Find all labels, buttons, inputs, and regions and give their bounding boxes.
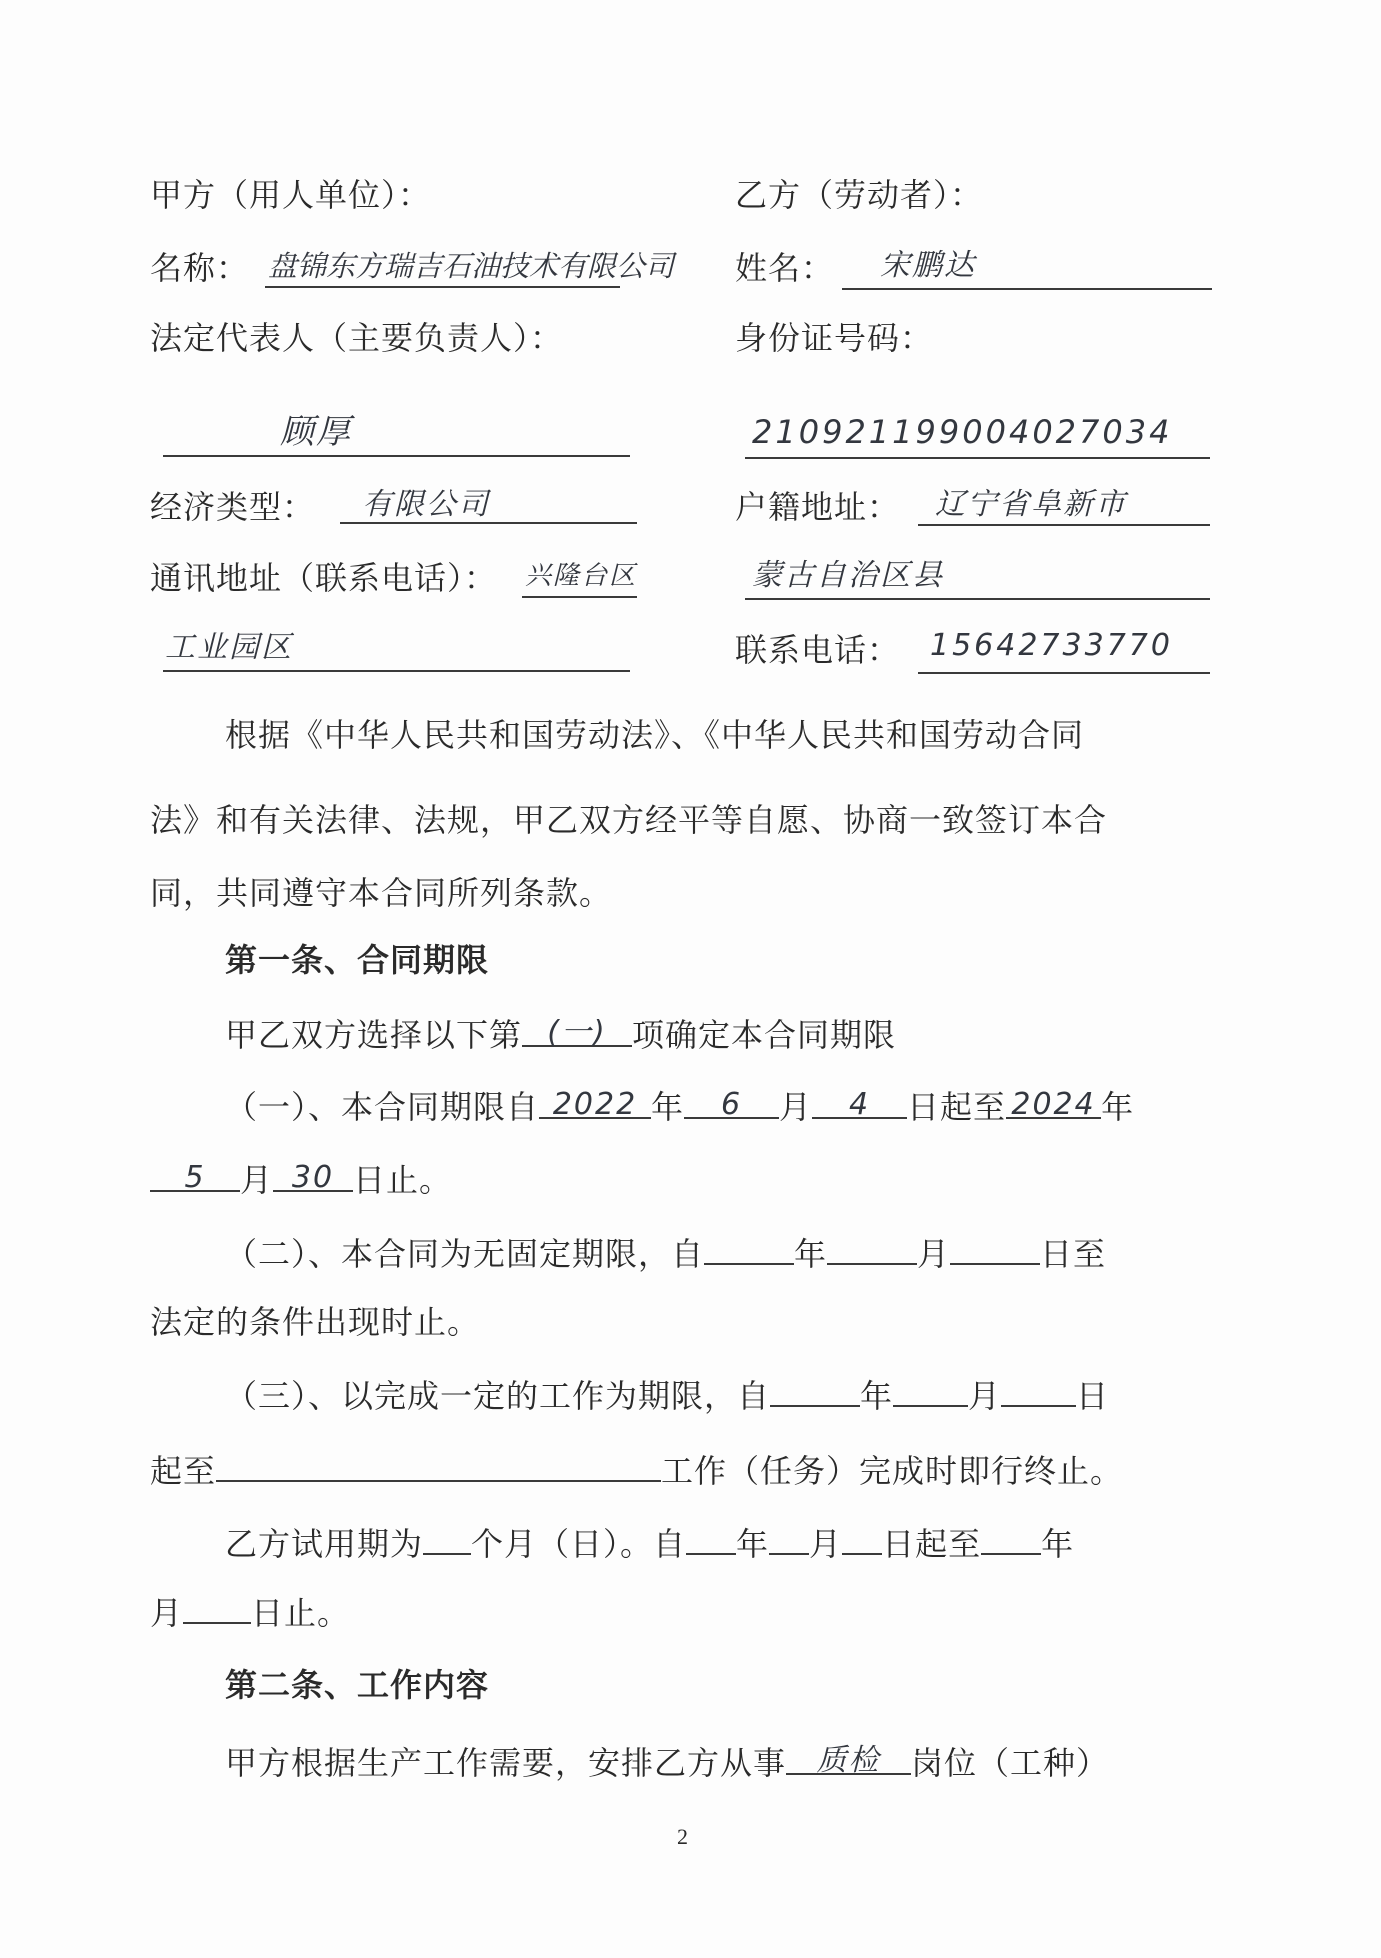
addr-underline-1 [522, 596, 637, 598]
party-a-name-label: 名称： [150, 248, 249, 288]
addr-label: 通讯地址（联系电话）： [150, 558, 497, 598]
party-a-name-underline [265, 286, 620, 288]
phone-value: 15642733770 [930, 626, 1173, 666]
rep-value: 顾厚 [280, 412, 352, 452]
option-3-line2-suffix: 工作（任务）完成时即行终止。 [661, 1452, 1123, 1490]
party-b-name-label: 姓名： [735, 248, 834, 288]
preamble-line-3: 同，共同遵守本合同所列条款。 [150, 873, 612, 913]
hukou-value-1: 辽宁省阜新市 [935, 485, 1127, 525]
party-b-name-underline [842, 288, 1212, 290]
preamble-line-1: 根据《中华人民共和国劳动法》、《中华人民共和国劳动合同 [225, 715, 1084, 755]
id-underline [745, 457, 1210, 459]
option-3-prefix: （三）、以完成一定的工作为期限，自 [225, 1377, 770, 1415]
probation-months-blank [423, 1523, 471, 1555]
start-day-blank: 4 [812, 1087, 907, 1119]
year-label: 年 [1101, 1088, 1134, 1126]
probation-start-month-blank [769, 1523, 809, 1555]
year-label: 年 [1041, 1525, 1074, 1563]
month-label: 月 [809, 1525, 842, 1563]
hukou-underline-1 [918, 524, 1210, 526]
year-label: 年 [651, 1088, 684, 1126]
rep-label: 法定代表人（主要负责人）： [150, 318, 563, 358]
econ-underline [340, 522, 637, 524]
id-value: 210921199004027034 [752, 412, 1172, 452]
party-a-name-value: 盘锦东方瑞吉石油技术有限公司 [268, 246, 674, 286]
month-label: 月 [917, 1235, 950, 1273]
start-month-value: 6 [721, 1087, 742, 1122]
end-label: 日止。 [251, 1594, 350, 1632]
job-blank: 质检 [786, 1743, 911, 1775]
term-choice-line: 甲乙双方选择以下第(一)项确定本合同期限 [225, 1015, 896, 1055]
end-day-value: 30 [292, 1160, 334, 1195]
term-choice-suffix: 项确定本合同期限 [632, 1016, 896, 1054]
party-b-heading: 乙方（劳动者）： [735, 175, 983, 215]
start-year-blank: 2022 [539, 1087, 651, 1119]
term-choice-value: (一) [547, 1015, 606, 1050]
probation-end-year-blank [981, 1523, 1041, 1555]
opt3-month-blank [893, 1375, 968, 1407]
task-blank [216, 1450, 661, 1482]
econ-label: 经济类型： [150, 487, 315, 527]
year-label: 年 [794, 1235, 827, 1273]
start-month-blank: 6 [684, 1087, 779, 1119]
year-label: 年 [736, 1525, 769, 1563]
end-month-value: 5 [184, 1160, 205, 1195]
term-choice-blank: (一) [522, 1015, 632, 1047]
phone-label: 联系电话： [735, 630, 900, 670]
opt2-year-blank [704, 1233, 794, 1265]
page-number: 2 [677, 1824, 688, 1850]
end-month-blank: 5 [150, 1160, 240, 1192]
probation-end-day-blank [183, 1592, 251, 1624]
option-2-line: （二）、本合同为无固定期限，自年月日至 [225, 1233, 1106, 1274]
probation-start-year-blank [686, 1523, 736, 1555]
option-3-line-2: 起至工作（任务）完成时即行终止。 [150, 1450, 1123, 1491]
option-2-prefix: （二）、本合同为无固定期限，自 [225, 1235, 704, 1273]
hukou-underline-2 [745, 598, 1210, 600]
party-a-heading: 甲方（用人单位）： [150, 175, 431, 215]
option-3-line2-prefix: 起至 [150, 1452, 216, 1490]
probation-start-day-blank [842, 1523, 882, 1555]
hukou-value-2: 蒙古自治区县 [752, 556, 944, 596]
article-1-title: 第一条、合同期限 [225, 940, 489, 980]
option-2-line-2: 法定的条件出现时止。 [150, 1302, 480, 1342]
start-year-value: 2022 [553, 1087, 637, 1122]
month-label: 月 [240, 1161, 273, 1199]
term-choice-prefix: 甲乙双方选择以下第 [225, 1016, 522, 1054]
end-year-blank: 2024 [1006, 1087, 1101, 1119]
id-label: 身份证号码： [735, 318, 933, 358]
job-suffix: 岗位（工种） [911, 1744, 1109, 1782]
option-3-line: （三）、以完成一定的工作为期限，自年月日 [225, 1375, 1109, 1416]
day-to-label: 日至 [1040, 1235, 1106, 1273]
month-label: 月 [779, 1088, 812, 1126]
year-label: 年 [860, 1377, 893, 1415]
contract-page: 甲方（用人单位）： 乙方（劳动者）： 名称： 盘锦东方瑞吉石油技术有限公司 姓名… [0, 0, 1381, 1958]
opt2-month-blank [827, 1233, 917, 1265]
job-line: 甲方根据生产工作需要，安排乙方从事质检岗位（工种） [225, 1743, 1109, 1783]
probation-end-line: 月日止。 [150, 1592, 350, 1633]
rep-underline [163, 455, 630, 457]
addr-value-1: 兴隆台区 [525, 556, 637, 596]
opt3-day-blank [1001, 1375, 1076, 1407]
addr-value-2: 工业园区 [165, 628, 293, 668]
hukou-label: 户籍地址： [735, 487, 900, 527]
probation-prefix: 乙方试用期为 [225, 1525, 423, 1563]
addr-underline-2 [163, 670, 630, 672]
econ-value: 有限公司 [362, 485, 490, 525]
opt3-year-blank [770, 1375, 860, 1407]
end-year-value: 2024 [1011, 1087, 1095, 1122]
probation-line: 乙方试用期为个月（日）。自年月日起至年 [225, 1523, 1074, 1564]
month-label: 月 [150, 1594, 183, 1632]
start-day-value: 4 [849, 1087, 870, 1122]
preamble-line-2: 法》和有关法律、法规，甲乙双方经平等自愿、协商一致签订本合 [150, 800, 1107, 840]
probation-mid: 个月（日）。自 [471, 1525, 686, 1563]
option-1-line: （一）、本合同期限自2022年6月4日起至2024年 [225, 1087, 1134, 1127]
month-label: 月 [968, 1377, 1001, 1415]
article-2-title: 第二条、工作内容 [225, 1665, 489, 1705]
opt2-day-blank [950, 1233, 1040, 1265]
job-prefix: 甲方根据生产工作需要，安排乙方从事 [225, 1744, 786, 1782]
option-1-prefix: （一）、本合同期限自 [225, 1088, 539, 1126]
end-label: 日止。 [353, 1161, 452, 1199]
from-to-label: 日起至 [882, 1525, 981, 1563]
day-label: 日 [1076, 1377, 1109, 1415]
party-b-name-value: 宋鹏达 [880, 246, 976, 286]
option-1-end-line: 5月30日止。 [150, 1160, 452, 1200]
from-to-label: 日起至 [907, 1088, 1006, 1126]
phone-underline [918, 672, 1210, 674]
end-day-blank: 30 [273, 1160, 353, 1192]
job-value: 质检 [817, 1743, 881, 1778]
